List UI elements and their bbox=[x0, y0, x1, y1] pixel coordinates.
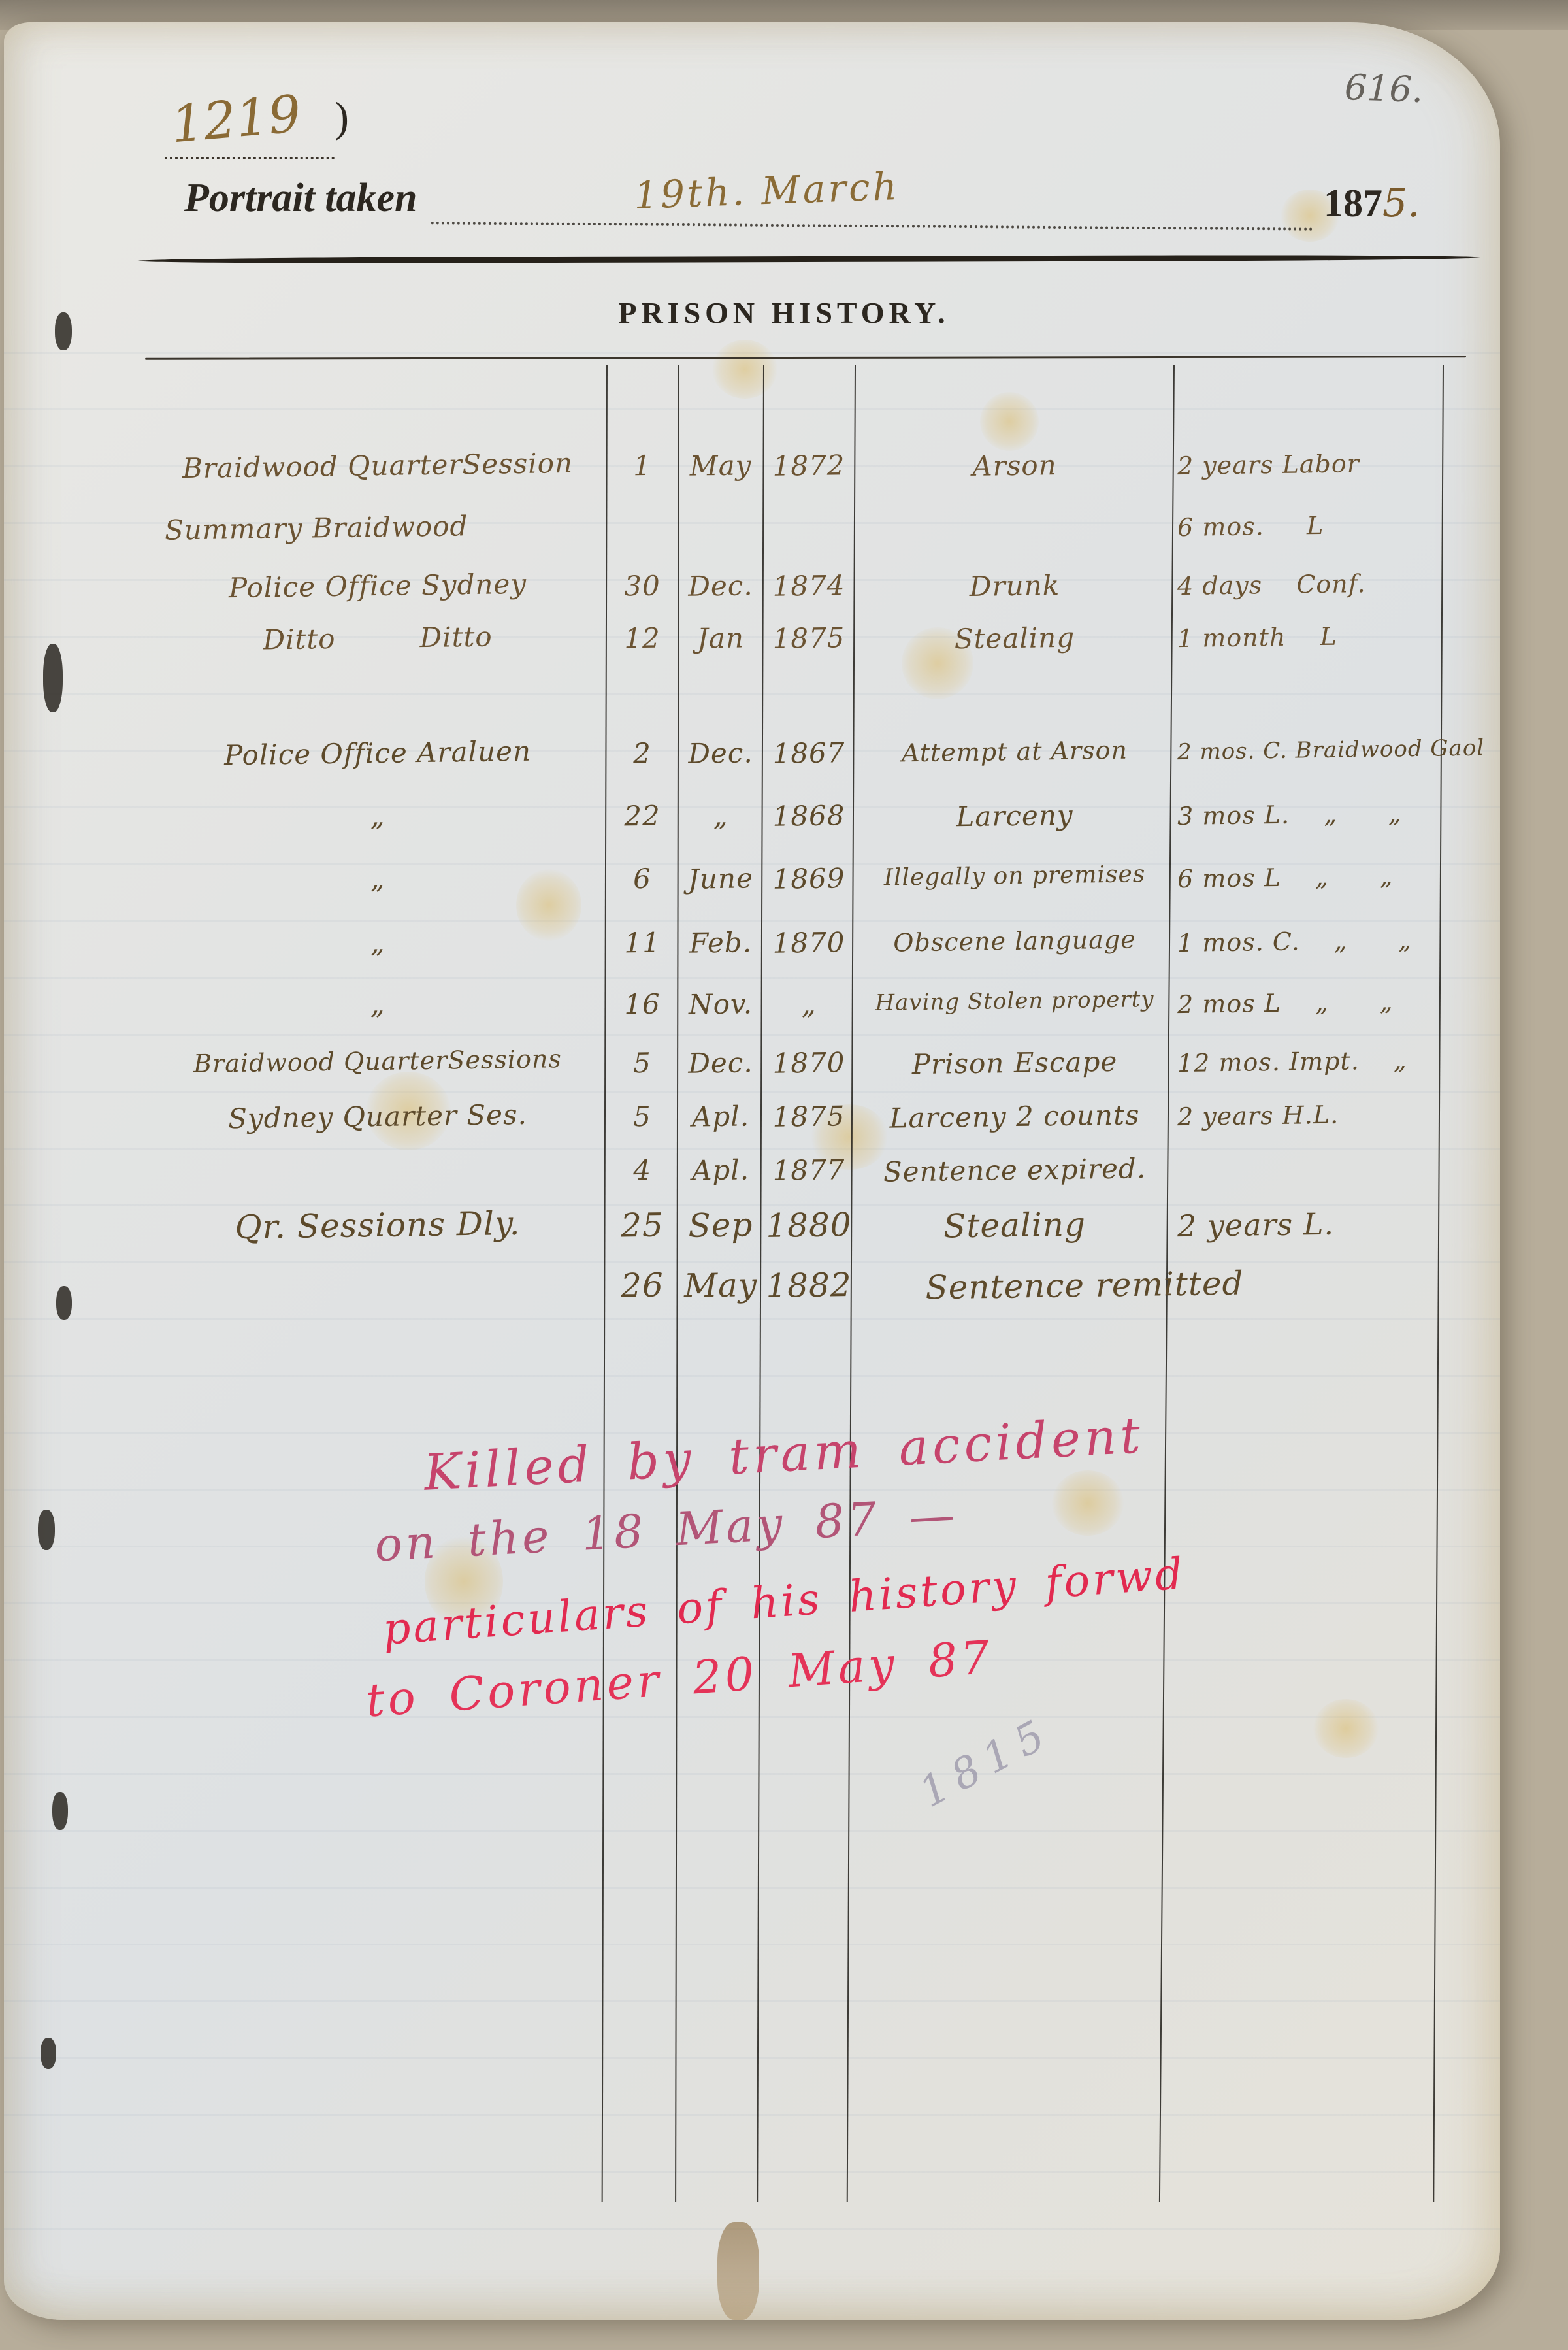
cell-sentence: 6 mos L „ „ bbox=[1177, 861, 1465, 893]
cell-sentence: 2 years Labor bbox=[1177, 448, 1465, 480]
cell-offence: Stealing bbox=[856, 1204, 1174, 1247]
cell-offence: Attempt at Arson bbox=[856, 735, 1174, 769]
cell-day: 5 bbox=[608, 1046, 678, 1079]
cell-sentence: 2 mos L „ „ bbox=[1177, 986, 1465, 1019]
cell-month: June bbox=[679, 862, 762, 895]
scanned-document: 1219 ) 616. Portrait taken 19th. March 1… bbox=[0, 0, 1568, 2350]
cell-court: „ bbox=[152, 859, 604, 898]
cell-offence: Stealing bbox=[856, 620, 1174, 657]
cell-year: 1868 bbox=[764, 799, 854, 833]
register-number: 1219 bbox=[169, 85, 303, 155]
cell-offence: Having Stolen property bbox=[856, 986, 1174, 1017]
cell-offence: Sentence remitted bbox=[856, 1263, 1314, 1308]
cell-offence: Larceny bbox=[856, 798, 1174, 835]
cell-year: 1870 bbox=[764, 1046, 854, 1080]
cell-month: Apl. bbox=[679, 1100, 762, 1133]
portrait-year: 1875. bbox=[1324, 180, 1420, 226]
cell-day: 16 bbox=[608, 987, 678, 1020]
cell-year: 1877 bbox=[764, 1153, 854, 1187]
register-number-dotted-line bbox=[165, 157, 335, 159]
cell-court: „ bbox=[152, 923, 604, 962]
cell-day: 26 bbox=[608, 1266, 678, 1304]
cell-month: Feb. bbox=[679, 926, 762, 959]
cell-day: 22 bbox=[608, 799, 678, 832]
portrait-taken-label: Portrait taken bbox=[184, 175, 417, 222]
cell-offence: Sentence expired. bbox=[856, 1152, 1174, 1189]
cell-year: 1875 bbox=[764, 1100, 854, 1133]
cell-court: Sydney Quarter Ses. bbox=[152, 1097, 604, 1136]
cell-sentence: 12 mos. Impt. „ bbox=[1177, 1045, 1465, 1078]
cell-year: 1882 bbox=[764, 1266, 854, 1305]
portrait-year-handwritten: 5. bbox=[1382, 180, 1420, 226]
cell-day: 12 bbox=[608, 621, 678, 654]
cell-court: Ditto Ditto bbox=[152, 619, 604, 657]
cell-offence: Drunk bbox=[856, 568, 1174, 604]
cell-sentence: 4 days Conf. bbox=[1177, 568, 1465, 601]
cell-court: „ bbox=[152, 985, 604, 1023]
cell-day: 5 bbox=[608, 1100, 678, 1133]
binding-mark bbox=[56, 1286, 72, 1320]
section-title: PRISON HISTORY. bbox=[0, 295, 1568, 330]
binding-mark bbox=[52, 1792, 68, 1830]
cell-court: Summary Braidwood bbox=[152, 508, 617, 546]
cell-day: 30 bbox=[608, 569, 678, 602]
cell-sentence: 2 years H.L. bbox=[1177, 1099, 1465, 1131]
cell-month: Dec. bbox=[679, 1046, 762, 1080]
binding-mark bbox=[41, 2038, 56, 2069]
cell-month: Apl. bbox=[679, 1153, 762, 1187]
cell-sentence: 3 mos L. „ „ bbox=[1177, 798, 1465, 831]
cell-year: 1869 bbox=[764, 862, 854, 895]
cell-court: Qr. Sessions Dly. bbox=[152, 1203, 604, 1248]
cell-court: Police Office Araluen bbox=[152, 734, 604, 772]
cell-sentence: 1 month L bbox=[1177, 620, 1465, 653]
cell-year: 1875 bbox=[764, 621, 854, 655]
cell-year: 1880 bbox=[764, 1206, 854, 1245]
cell-day: 1 bbox=[608, 449, 678, 482]
cell-court: „ bbox=[152, 797, 604, 835]
cell-month: Sep bbox=[679, 1206, 762, 1245]
cell-month: Dec. bbox=[679, 736, 762, 770]
cell-month: May bbox=[679, 1266, 762, 1305]
cell-month: Jan bbox=[679, 621, 762, 655]
cell-offence: Larceny 2 counts bbox=[856, 1099, 1174, 1135]
cell-month: „ bbox=[679, 799, 762, 833]
cell-year: 1870 bbox=[764, 926, 854, 959]
cell-month: Dec. bbox=[679, 569, 762, 603]
cell-year: 1872 bbox=[764, 449, 854, 482]
cell-day: 6 bbox=[608, 862, 678, 895]
cell-month: May bbox=[679, 449, 762, 482]
cell-sentence: 2 years L. bbox=[1177, 1204, 1465, 1244]
portrait-date-handwritten: 19th. March bbox=[633, 164, 900, 218]
binding-mark bbox=[43, 644, 63, 712]
cell-offence: Obscene language bbox=[856, 925, 1174, 958]
cell-day: 2 bbox=[608, 736, 678, 769]
cell-court: Police Office Sydney bbox=[152, 567, 604, 605]
cell-court: Braidwood QuarterSession bbox=[152, 446, 604, 485]
cell-offence: Illegally on premises bbox=[856, 861, 1174, 892]
cell-offence: Arson bbox=[856, 448, 1174, 484]
cell-offence: Prison Escape bbox=[856, 1045, 1174, 1082]
cell-sentence: 6 mos. L bbox=[1177, 509, 1465, 542]
cell-year: 1867 bbox=[764, 736, 854, 770]
cell-month: Nov. bbox=[679, 987, 762, 1021]
corner-page-number: 616. bbox=[1344, 67, 1424, 110]
register-bracket: ) bbox=[335, 93, 349, 142]
cell-year: 1874 bbox=[764, 569, 854, 603]
portrait-year-printed: 187 bbox=[1324, 182, 1382, 225]
cell-day: 11 bbox=[608, 926, 678, 959]
cell-sentence: 1 mos. C. „ „ bbox=[1177, 925, 1465, 957]
cell-day: 25 bbox=[608, 1206, 678, 1244]
cell-sentence: 2 mos. C. Braidwood Gaol bbox=[1177, 735, 1465, 765]
cell-day: 4 bbox=[608, 1153, 678, 1186]
cell-year: „ bbox=[764, 987, 854, 1021]
